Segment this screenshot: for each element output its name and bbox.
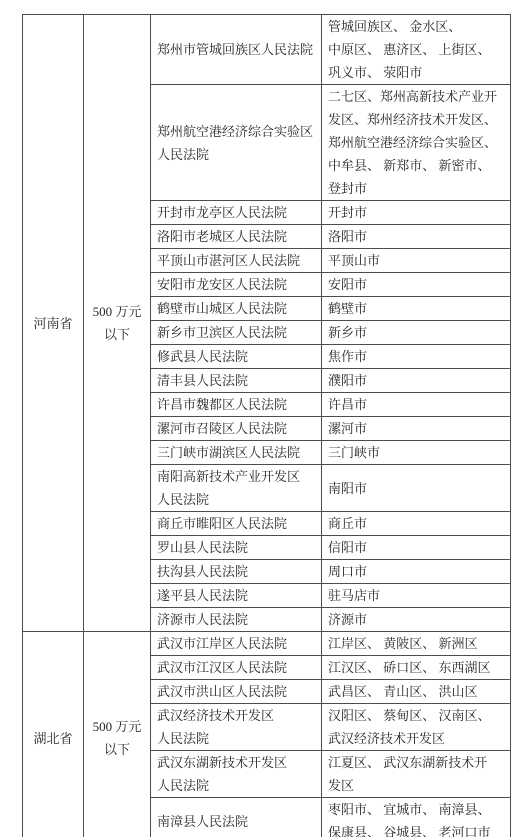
court-cell: 安阳市龙安区人民法院: [151, 273, 322, 297]
jurisdiction-cell: 南阳市: [322, 465, 511, 512]
document-page: 河南省500 万元 以下郑州市管城回族区人民法院管城回族区、 金水区、 中原区、…: [0, 0, 527, 837]
jurisdiction-cell: 商丘市: [322, 512, 511, 536]
jurisdiction-cell: 江夏区、 武汉东湖新技术开 发区: [322, 751, 511, 798]
table-body: 河南省500 万元 以下郑州市管城回族区人民法院管城回族区、 金水区、 中原区、…: [23, 15, 511, 837]
amount-cell: 500 万元 以下: [84, 632, 151, 837]
court-cell: 新乡市卫滨区人民法院: [151, 321, 322, 345]
court-cell: 修武县人民法院: [151, 345, 322, 369]
court-cell: 遂平县人民法院: [151, 584, 322, 608]
jurisdiction-cell: 武昌区、 青山区、 洪山区: [322, 680, 511, 704]
court-cell: 三门峡市湖滨区人民法院: [151, 441, 322, 465]
amount-cell: 500 万元 以下: [84, 15, 151, 632]
jurisdiction-cell: 济源市: [322, 608, 511, 632]
jurisdiction-cell: 焦作市: [322, 345, 511, 369]
jurisdiction-cell: 开封市: [322, 201, 511, 225]
court-cell: 南漳县人民法院: [151, 798, 322, 837]
court-cell: 郑州市管城回族区人民法院: [151, 15, 322, 85]
jurisdiction-cell: 枣阳市、 宜城市、 南漳县、 保康县、 谷城县、 老河口市: [322, 798, 511, 837]
court-cell: 罗山县人民法院: [151, 536, 322, 560]
jurisdiction-cell: 濮阳市: [322, 369, 511, 393]
court-cell: 清丰县人民法院: [151, 369, 322, 393]
jurisdiction-cell: 许昌市: [322, 393, 511, 417]
table-row: 河南省500 万元 以下郑州市管城回族区人民法院管城回族区、 金水区、 中原区、…: [23, 15, 511, 85]
jurisdiction-cell: 漯河市: [322, 417, 511, 441]
jurisdiction-cell: 新乡市: [322, 321, 511, 345]
jurisdiction-cell: 信阳市: [322, 536, 511, 560]
province-cell: 河南省: [23, 15, 84, 632]
court-cell: 济源市人民法院: [151, 608, 322, 632]
jurisdiction-cell: 驻马店市: [322, 584, 511, 608]
court-cell: 鹤壁市山城区人民法院: [151, 297, 322, 321]
jurisdiction-cell: 安阳市: [322, 273, 511, 297]
court-cell: 平顶山市湛河区人民法院: [151, 249, 322, 273]
court-cell: 武汉东湖新技术开发区 人民法院: [151, 751, 322, 798]
court-cell: 开封市龙亭区人民法院: [151, 201, 322, 225]
court-cell: 南阳高新技术产业开发区 人民法院: [151, 465, 322, 512]
court-cell: 洛阳市老城区人民法院: [151, 225, 322, 249]
court-cell: 漯河市召陵区人民法院: [151, 417, 322, 441]
jurisdiction-cell: 鹤壁市: [322, 297, 511, 321]
court-cell: 商丘市睢阳区人民法院: [151, 512, 322, 536]
jurisdiction-cell: 三门峡市: [322, 441, 511, 465]
jurisdiction-cell: 管城回族区、 金水区、 中原区、 惠济区、 上街区、 巩义市、 荥阳市: [322, 15, 511, 85]
province-cell: 湖北省: [23, 632, 84, 837]
jurisdiction-cell: 平顶山市: [322, 249, 511, 273]
court-cell: 武汉市江汉区人民法院: [151, 656, 322, 680]
court-cell: 扶沟县人民法院: [151, 560, 322, 584]
jurisdiction-cell: 江汉区、 硚口区、 东西湖区: [322, 656, 511, 680]
court-cell: 许昌市魏都区人民法院: [151, 393, 322, 417]
jurisdiction-cell: 二七区、郑州高新技术产业开 发区、郑州经济技术开发区、 郑州航空港经济综合实验区…: [322, 85, 511, 201]
jurisdiction-cell: 洛阳市: [322, 225, 511, 249]
court-cell: 武汉经济技术开发区 人民法院: [151, 704, 322, 751]
jurisdiction-cell: 周口市: [322, 560, 511, 584]
court-cell: 郑州航空港经济综合实验区 人民法院: [151, 85, 322, 201]
court-cell: 武汉市江岸区人民法院: [151, 632, 322, 656]
court-jurisdiction-table: 河南省500 万元 以下郑州市管城回族区人民法院管城回族区、 金水区、 中原区、…: [22, 14, 511, 837]
table-row: 湖北省500 万元 以下武汉市江岸区人民法院江岸区、 黄陂区、 新洲区: [23, 632, 511, 656]
court-cell: 武汉市洪山区人民法院: [151, 680, 322, 704]
jurisdiction-cell: 汉阳区、 蔡甸区、 汉南区、 武汉经济技术开发区: [322, 704, 511, 751]
jurisdiction-cell: 江岸区、 黄陂区、 新洲区: [322, 632, 511, 656]
